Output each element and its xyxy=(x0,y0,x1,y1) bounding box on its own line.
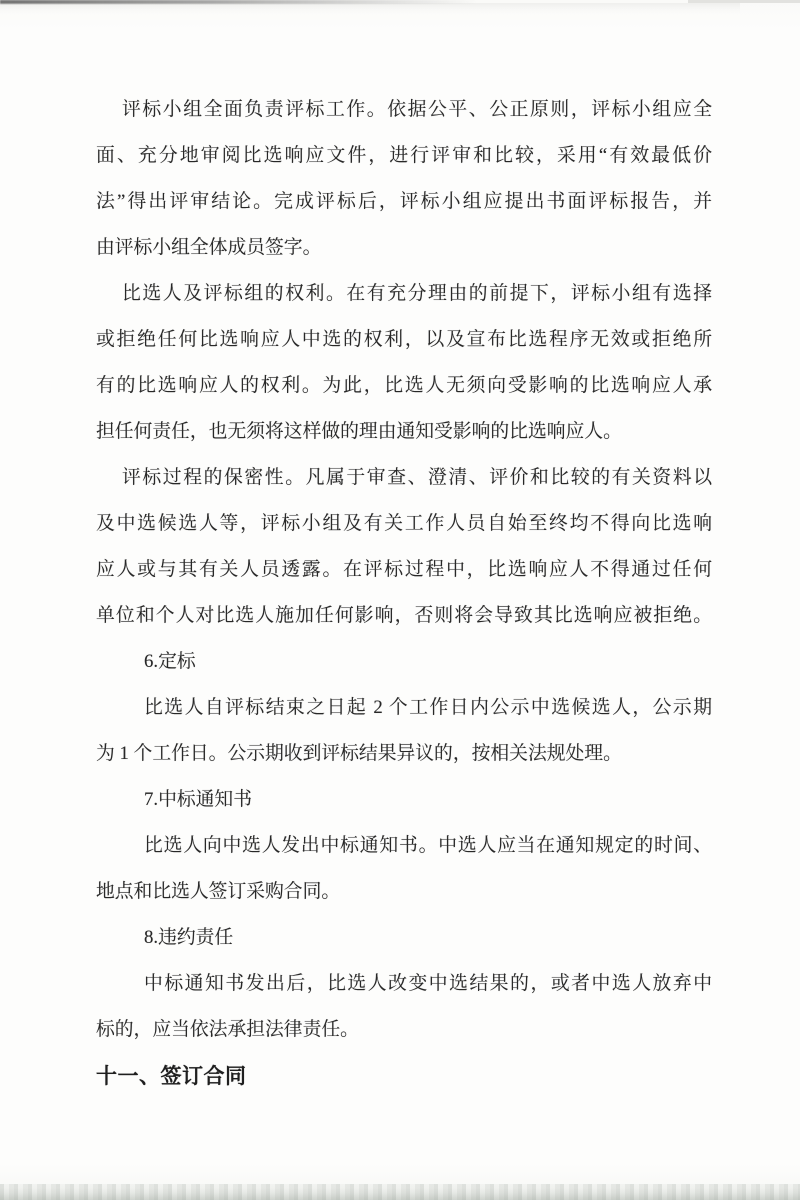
scan-artifact-bottom-edge xyxy=(0,1184,800,1200)
paragraph-line: 单位和个人对比选人施加任何影响，否则将会导致其比选响应被拒绝。 xyxy=(96,593,712,639)
numbered-heading-6: 6.定标 xyxy=(96,639,712,685)
paragraph-line: 比选人向中选人发出中标通知书。中选人应当在通知规定的时间、 xyxy=(96,823,712,869)
paragraph-line: 由评标小组全体成员签字。 xyxy=(96,225,712,271)
scan-artifact-top-shading xyxy=(0,3,740,14)
paragraph-line: 或拒绝任何比选响应人中选的权利，以及宣布比选程序无效或拒绝所 xyxy=(96,317,712,363)
paragraph-line: 中标通知书发出后，比选人改变中选结果的，或者中选人放弃中 xyxy=(96,961,712,1007)
paragraph-line: 比选人及评标组的权利。在有充分理由的前提下，评标小组有选择 xyxy=(96,271,712,317)
document-text-block: 评标小组全面负责评标工作。依据公平、公正原则，评标小组应全 面、充分地审阅比选响… xyxy=(96,87,712,1099)
paragraph-line: 法”得出评审结论。完成评标后，评标小组应提出书面评标报告，并 xyxy=(96,179,712,225)
paragraph-line: 比选人自评标结束之日起 2 个工作日内公示中选候选人，公示期 xyxy=(96,685,712,731)
paragraph-line: 应人或与其有关人员透露。在评标过程中，比选响应人不得通过任何 xyxy=(96,547,712,593)
paragraph-line: 担任何责任，也无须将这样做的理由通知受影响的比选响应人。 xyxy=(96,409,712,455)
paragraph-line: 及中选候选人等，评标小组及有关工作人员自始至终均不得向比选响 xyxy=(96,501,712,547)
section-heading-11: 十一、签订合同 xyxy=(96,1053,712,1099)
numbered-heading-7: 7.中标通知书 xyxy=(96,777,712,823)
paragraph-line: 为 1 个工作日。公示期收到评标结果异议的，按相关法规处理。 xyxy=(96,731,712,777)
numbered-heading-8: 8.违约责任 xyxy=(96,915,712,961)
paragraph-line: 评标过程的保密性。凡属于审查、澄清、评价和比较的有关资料以 xyxy=(96,455,712,501)
paragraph-line: 面、充分地审阅比选响应文件，进行评审和比较，采用“有效最低价 xyxy=(96,133,712,179)
paragraph-line: 地点和比选人签订采购合同。 xyxy=(96,869,712,915)
paragraph-line: 有的比选响应人的权利。为此，比选人无须向受影响的比选响应人承 xyxy=(96,363,712,409)
paragraph-line: 评标小组全面负责评标工作。依据公平、公正原则，评标小组应全 xyxy=(96,87,712,133)
paragraph-line: 标的，应当依法承担法律责任。 xyxy=(96,1007,712,1053)
